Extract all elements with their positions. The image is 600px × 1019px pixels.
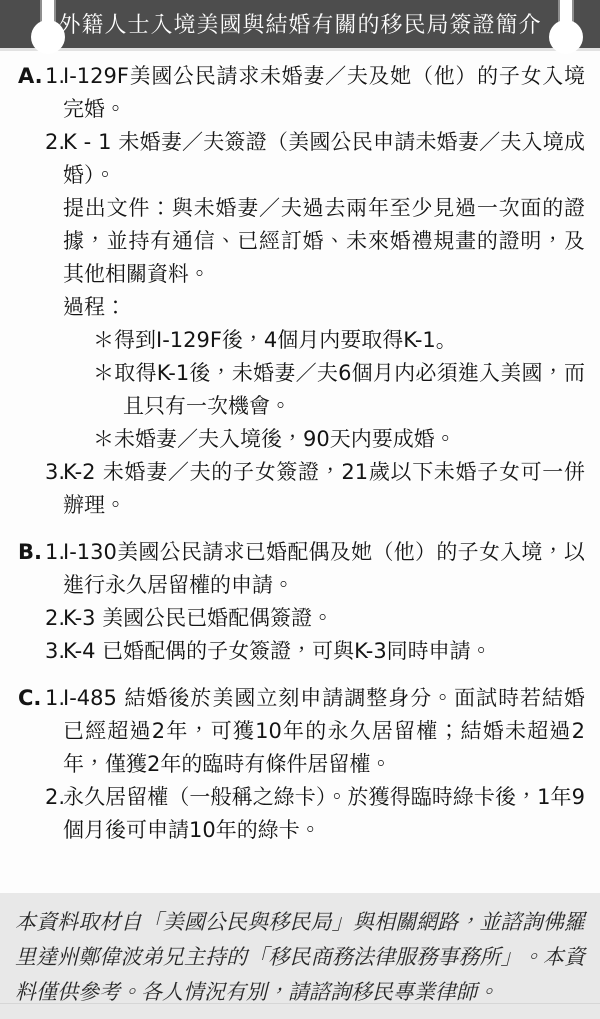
footer-note-text: 本資料取材自「美國公民與移民局」與相關網路，並諮詢佛羅里達州鄭偉波弟兄主持的「移… xyxy=(15,905,585,1010)
list-item-a1: 1. I-129F美國公民請求未婚妻／夫及她（他）的子女入境完婚。 xyxy=(18,60,585,126)
page-title: 外籍人士入境美國與結婚有關的移民局簽證簡介 xyxy=(0,0,600,51)
footer-divider xyxy=(0,1003,600,1004)
list-item-b1: 1. I-130美國公民請求已婚配偶及她（他）的子女入境，以進行永久居留權的申請… xyxy=(18,536,585,602)
list-item-c1: 1. I-485 結婚後於美國立刻申請調整身分。面試時若結婚已經超過2年，可獲1… xyxy=(18,682,585,781)
item-text: 永久居留權（一般稱之綠卡）。於獲得臨時綠卡後，1年9個月後可申請10年的綠卡。 xyxy=(63,781,585,847)
item-number: 2. xyxy=(45,781,65,814)
item-text: K-3 美國公民已婚配偶簽證。 xyxy=(63,602,585,635)
pushpin-icon-right xyxy=(549,0,583,56)
pushpin-icon-left xyxy=(31,0,65,56)
item-number: 1. xyxy=(45,536,65,569)
item-number: 2. xyxy=(45,602,65,635)
item-number: 2. xyxy=(45,126,65,159)
pushpin-ball xyxy=(31,20,65,54)
item-text: K - 1 未婚妻／夫簽證（美國公民申請未婚妻／夫入境成婚）。 xyxy=(63,126,585,192)
item-detail: 提出文件：與未婚妻／夫過去兩年至少見過一次面的證據，並持有通信、已經訂婚、未來婚… xyxy=(63,192,585,291)
list-item-b3: 3. K-4 已婚配偶的子女簽證，可與K-3同時申請。 xyxy=(18,635,585,668)
item-number: 3. xyxy=(45,456,65,489)
pushpin-ball xyxy=(549,20,583,54)
section-c: C. 1. I-485 結婚後於美國立刻申請調整身分。面試時若結婚已經超過2年，… xyxy=(18,682,585,847)
item-number: 1. xyxy=(45,60,65,93)
list-item-c2: 2. 永久居留權（一般稱之綠卡）。於獲得臨時綠卡後，1年9個月後可申請10年的綠… xyxy=(18,781,585,847)
footer-note: 本資料取材自「美國公民與移民局」與相關網路，並諮詢佛羅里達州鄭偉波弟兄主持的「移… xyxy=(0,893,600,1019)
document-page: 外籍人士入境美國與結婚有關的移民局簽證簡介 A. 1. I-129F美國公民請求… xyxy=(0,0,600,1019)
item-text: K-2 未婚妻／夫的子女簽證，21歲以下未婚子女可一併辦理。 xyxy=(63,456,585,522)
item-text: K-4 已婚配偶的子女簽證，可與K-3同時申請。 xyxy=(63,635,585,668)
section-b: B. 1. I-130美國公民請求已婚配偶及她（他）的子女入境，以進行永久居留權… xyxy=(18,536,585,668)
item-detail: 過程： xyxy=(63,291,585,324)
item-number: 3. xyxy=(45,635,65,668)
section-a: A. 1. I-129F美國公民請求未婚妻／夫及她（他）的子女入境完婚。 2. … xyxy=(18,60,585,522)
list-item-a2: 2. K - 1 未婚妻／夫簽證（美國公民申請未婚妻／夫入境成婚）。 提出文件：… xyxy=(18,126,585,456)
step-item: ＊未婚妻／夫入境後，90天内要成婚。 xyxy=(63,423,585,456)
list-item-b2: 2. K-3 美國公民已婚配偶簽證。 xyxy=(18,602,585,635)
item-text: I-485 結婚後於美國立刻申請調整身分。面試時若結婚已經超過2年，可獲10年的… xyxy=(63,682,585,781)
document-body: A. 1. I-129F美國公民請求未婚妻／夫及她（他）的子女入境完婚。 2. … xyxy=(0,51,600,847)
list-item-a3: 3. K-2 未婚妻／夫的子女簽證，21歲以下未婚子女可一併辦理。 xyxy=(18,456,585,522)
header-banner: 外籍人士入境美國與結婚有關的移民局簽證簡介 xyxy=(0,0,600,51)
item-text: I-129F美國公民請求未婚妻／夫及她（他）的子女入境完婚。 xyxy=(63,60,585,126)
item-number: 1. xyxy=(45,682,65,715)
step-item: ＊得到I-129F後，4個月内要取得K-1。 xyxy=(63,324,585,357)
step-item: ＊取得K-1後，未婚妻／夫6個月内必須進入美國，而且只有一次機會。 xyxy=(63,357,585,423)
item-text: I-130美國公民請求已婚配偶及她（他）的子女入境，以進行永久居留權的申請。 xyxy=(63,536,585,602)
